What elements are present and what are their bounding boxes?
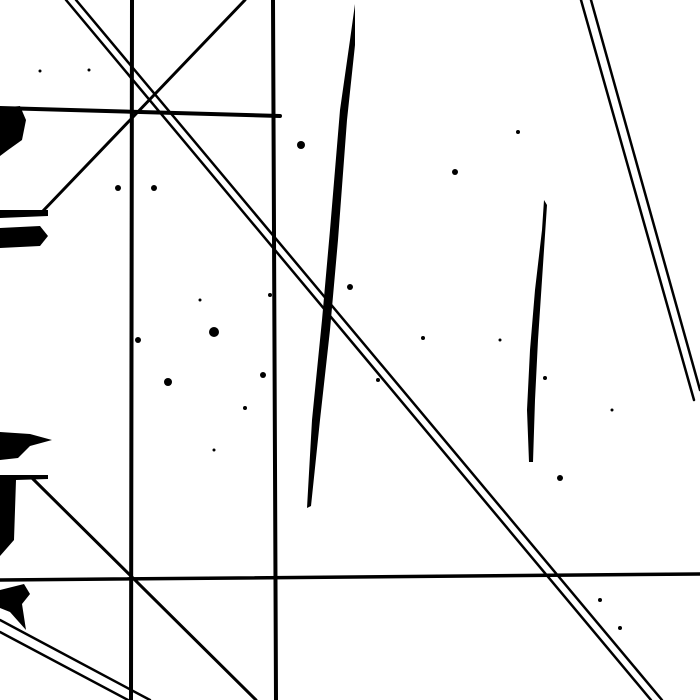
vertical-line-left: [131, 0, 132, 700]
paper-background: [0, 0, 700, 700]
line-drawing: [0, 0, 700, 700]
